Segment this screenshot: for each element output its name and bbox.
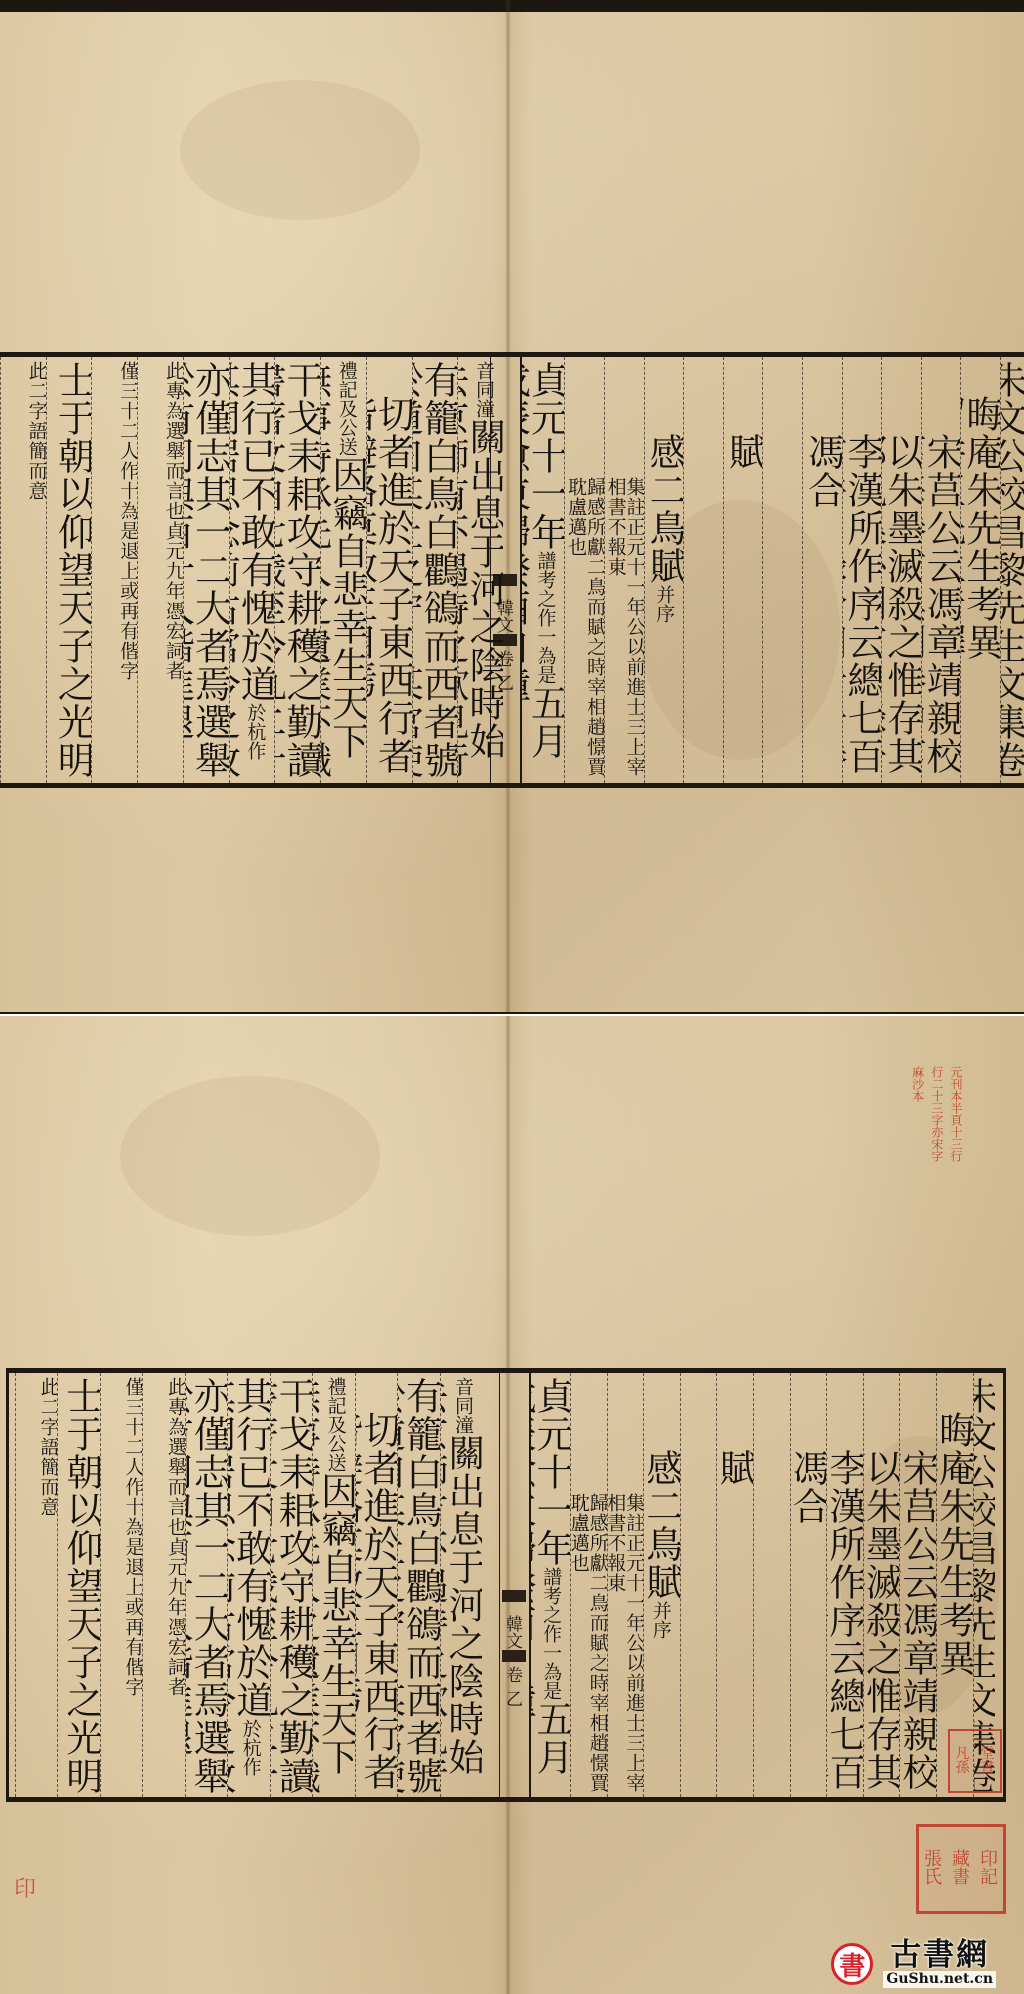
left-page: 音同潼關出息于河之陰時始去京師有不遇時之歎見行 有籠白鳥白鸜鵒而西者號於道曰某土… — [0, 357, 503, 783]
text-column: 有籠白鳥白鸜鵒而西者號於道曰某土之守音狩某官使使疏吏 — [397, 1373, 439, 1797]
note-text: 宋莒公云馮章靖親校舊每卷首具列卷中篇目馮悉 — [899, 1449, 936, 1791]
annotation: 音同潼 — [452, 1377, 474, 1434]
annotation: 譜考之作一為是 — [540, 1567, 562, 1700]
main-text: 干戈耒耜攻守耕穫之勤讀書著文自七歲至今九二十二年 — [274, 361, 320, 779]
annotation: 音狩 — [412, 627, 413, 665]
printed-frame: 朱文公校昌黎先生文集卷之一 晦庵朱先生考異留畊王先生音釋 宋莒公云馮章靖親校舊每… — [6, 1368, 1006, 1802]
text-column: 切者進於天子東西行者皆避路莫敢正目焉西下閣杭本無 — [366, 357, 412, 783]
red-stamp-mark: 印 — [14, 1872, 36, 1903]
marginalia-line: 元刊本半頁十三行 — [949, 1066, 962, 1162]
text-column: 音同潼關出息于河之陰時始去京師有不遇時之歎見行 — [440, 1373, 482, 1797]
text-column: 有籠白鳥白鸜鵒而西者號於道曰某土之守音狩某官使使疏吏 — [412, 357, 458, 783]
main-text: 其行已不敢有愧於道 — [234, 361, 274, 703]
note-column-3: 李漢所作序云總七百首并目錄合四十一卷則正與 — [842, 357, 882, 783]
main-text: 其閑 — [229, 361, 241, 437]
main-text: 亦僅志其一二大者焉選舉於有司與百十人偕進退 — [183, 361, 229, 779]
note-column-4: 馮合 — [802, 357, 842, 783]
note-column-1: 宋莒公云馮章靖親校舊每卷首具列卷中篇目馮悉 — [921, 357, 961, 783]
collector-seal-large: 張氏 藏書 印記 — [916, 1824, 1006, 1914]
commentary-column: 僅三十二人作十為是退上或再有偕字 — [100, 1373, 142, 1797]
annotation: 禮記及公送 — [336, 361, 358, 456]
site-watermark: 書 古書網 GuShu.net.cn — [831, 1940, 996, 1988]
commentary-line: 僅三十二人作十為是退上或再有偕字 — [117, 361, 137, 681]
section-column: 賦 — [716, 1373, 753, 1797]
commentary-line: 此專為選舉而言也貞元九年憑宏詞者 — [163, 361, 183, 681]
main-text: 士于朝以仰望天子之光明 — [60, 1377, 100, 1795]
main-text: 居思念前古當今之故 — [229, 437, 241, 779]
left-page: 音同潼關出息于河之陰時始去京師有不遇時之歎見行 有籠白鳥白鸜鵒而西者號於道曰某土… — [15, 1373, 482, 1797]
annotation: 禮記及公送 — [325, 1377, 347, 1472]
commentary-line: 集註正元十一年公以前進士三上宰相書不報東 — [605, 477, 644, 777]
main-text: 貞元十一年 — [530, 1377, 570, 1567]
right-page: 朱文公校昌黎先生文集卷之一 晦庵朱先生考異留畊王先生音釋 宋莒公云馮章靖親校舊每… — [530, 1373, 995, 1797]
text-column: 禮記及公送因竊自悲幸生天下無事時承先人之遺業不識 — [312, 1373, 354, 1797]
marginalia-line: 麻沙本 — [910, 1066, 923, 1162]
section-label: 賦 — [723, 433, 763, 471]
commentary-line: 此二字語簡而意 — [37, 1377, 57, 1517]
seal-glyphs: 藏書 — [947, 1851, 975, 1887]
piece-title: 感二鳥賦 — [644, 433, 684, 585]
commentary-line: 歸感所獻二鳥而賦之時宰相趙憬賈耽盧邁也 — [570, 1493, 607, 1793]
main-text: 關出息于河之陰時始去京師有不遇時之歎見行 — [457, 361, 503, 779]
paper-stain — [120, 1076, 380, 1236]
blank-column — [680, 1373, 717, 1797]
text-column: 士于朝以仰望天子之光明 — [57, 1373, 99, 1797]
text-column: 貞元十一年譜考之作一為是五月戊辰愈東歸癸酉自潼 — [521, 357, 564, 783]
blank-column — [762, 357, 802, 783]
heading-column: 感二鳥賦并序 — [644, 357, 684, 783]
seal-glyphs: 堂書 — [975, 1747, 1000, 1775]
paper-stain — [180, 80, 420, 220]
commentary-column: 集註正元十一年公以前進士三上宰相書不報東 — [604, 357, 644, 783]
annotation: 音同潼 — [473, 361, 495, 418]
volume-title: 朱文公校昌黎先生文集卷之一 — [1000, 361, 1024, 779]
main-text: 士于朝以仰望天子之光明 — [51, 361, 91, 779]
commentary-column: 此二字語簡而意 — [15, 1373, 57, 1797]
commentary-line: 集註正元十一年公以前進士三上宰相書不報東 — [607, 1493, 644, 1793]
piece-title: 感二鳥賦 — [643, 1449, 680, 1601]
text-column: 其行已不敢有愧於道於杭作其閑居思念前古當今之故 — [229, 357, 275, 783]
text-column: 禮記及公送因竊自悲幸生天下無事時承先人之遺業不識 — [320, 357, 366, 783]
commentary-line: 歸感所獻二鳥而賦之時宰相趙憬賈耽盧邁也 — [565, 477, 604, 777]
seal-glyphs: 張氏 — [919, 1851, 947, 1887]
text-column: 切者進於天子東西行者皆避路莫敢正目焉西下閣杭本無 — [355, 1373, 397, 1797]
text-column: 亦僅志其一二大者焉選舉於有司與百十人偕進退十或作 — [185, 1373, 227, 1797]
commentary-column: 歸感所獻二鳥而賦之時宰相趙憬賈耽盧邁也 — [570, 1373, 607, 1797]
commentary-column: 此專為選舉而言也貞元九年憑宏詞者 — [142, 1373, 184, 1797]
commentary-column: 僅三十二人作十為是退上或再有偕字 — [91, 357, 137, 783]
annotation: 譜考之作一為是 — [534, 551, 556, 684]
commentary-line: 此二字語簡而意 — [26, 361, 46, 501]
main-text: 居思念前古當今之故 — [227, 1453, 235, 1795]
text-column: 干戈耒耜攻守耕穫之勤讀書著文自七歲至今九二十二年 — [270, 1373, 312, 1797]
marginalia-line: 行二十三字亦宋字 — [930, 1066, 943, 1162]
piece-subtitle: 并序 — [650, 1601, 672, 1639]
main-text: 切者進於天子東西行者皆避路莫敢正目焉 — [355, 1411, 397, 1791]
commentary-column: 歸感所獻二鳥而賦之時宰相趙憬賈耽盧邁也 — [564, 357, 604, 783]
note-text: 宋莒公云馮章靖親校舊每卷首具列卷中篇目馮悉 — [921, 433, 961, 775]
main-text: 關出息于河之陰時始去京師有不遇時之歎見行 — [440, 1377, 482, 1795]
main-text: 切者進於天子東西行者皆避路莫敢正目焉 — [366, 395, 412, 775]
seal-glyphs: 印記 — [975, 1851, 1003, 1887]
text-column: 亦僅志其一二大者焉選舉於有司與百十人偕進退十或作 — [183, 357, 229, 783]
commentary-line: 僅三十二人作十為是退上或再有偕字 — [122, 1377, 142, 1697]
note-text: 以朱墨滅殺之惟存其都凡集外別有目錄一卷今按 — [863, 1449, 900, 1791]
note-column-4: 馮合 — [790, 1373, 827, 1797]
commentary-column: 此二字語簡而意 — [0, 357, 46, 783]
fish-tail-mark-icon — [502, 1590, 526, 1612]
commentary-line: 此專為選舉而言也貞元九年憑宏詞者 — [165, 1377, 185, 1697]
annotation: 於杭作 — [240, 1719, 262, 1776]
text-column: 士于朝以仰望天子之光明 — [46, 357, 92, 783]
blank-column — [753, 1373, 790, 1797]
leaf-number: 乙 — [506, 1685, 523, 1710]
note-text: 以朱墨滅殺之惟存其都凡集外別有目錄一卷今按 — [881, 433, 921, 775]
note-text: 李漢所作序云總七百首并目錄合四十一卷則正與 — [842, 433, 882, 775]
commentary-column: 此專為選舉而言也貞元九年憑宏詞者 — [137, 357, 183, 783]
main-text: 亦僅志其一二大者焉選舉於有司與百十人偕進退 — [185, 1377, 227, 1795]
credit-yinshi: 留畊王先生音釋 — [960, 395, 966, 661]
note-column-3: 李漢所作序云總七百首并目錄合四十一卷則正與 — [826, 1373, 863, 1797]
scan-spread-2: 元刊本半頁十三行 行二十三字亦宋字 麻沙本 朱文公校昌黎先生文集卷之一 晦庵朱先… — [0, 1016, 1024, 1994]
note-column-1: 宋莒公云馮章靖親校舊每卷首具列卷中篇目馮悉 — [899, 1373, 936, 1797]
annotation: 於杭作 — [244, 703, 266, 760]
collector-seal-small: 凡孫 堂書 — [948, 1729, 1002, 1793]
section-label: 賦 — [716, 1449, 753, 1487]
note-text: 李漢所作序云總七百首并目錄合四十一卷則正與 — [826, 1449, 863, 1791]
gushu-logo-icon: 書 — [831, 1943, 873, 1985]
right-page: 朱文公校昌黎先生文集卷之一 晦庵朱先生考異留畊王先生音釋 宋莒公云馮章靖親校舊每… — [521, 357, 1024, 783]
credits-column: 晦庵朱先生考異留畊王先生音釋 — [960, 357, 1000, 783]
main-text: 其閑 — [227, 1377, 235, 1453]
banxin: 韓文一卷 乙 — [499, 1373, 530, 1797]
credit-kaoyi: 晦庵朱先生考異 — [960, 395, 1000, 661]
watermark-name: 古書網 — [890, 1940, 989, 1971]
credit-yinshi: 留畊王先生音釋 — [936, 1411, 939, 1677]
section-column: 賦 — [723, 357, 763, 783]
heading-column: 感二鳥賦并序 — [643, 1373, 680, 1797]
note-text: 馮合 — [802, 433, 842, 509]
main-text: 干戈耒耜攻守耕穫之勤讀書著文自七歲至今九二十二年 — [270, 1377, 312, 1795]
red-marginalia: 元刊本半頁十三行 行二十三字亦宋字 麻沙本 — [910, 1066, 962, 1162]
seal-glyphs: 凡孫 — [950, 1747, 975, 1775]
text-column: 其行已不敢有愧於道於杭作其閑居思念前古當今之故 — [227, 1373, 269, 1797]
main-text: 貞元十一年 — [524, 361, 564, 551]
watermark-url: GuShu.net.cn — [883, 1971, 996, 1988]
text-column: 音同潼關出息于河之陰時始去京師有不遇時之歎見行 — [457, 357, 503, 783]
title-column: 朱文公校昌黎先生文集卷之一 — [1000, 357, 1024, 783]
piece-subtitle: 并序 — [653, 585, 675, 623]
printed-frame: 朱文公校昌黎先生文集卷之一 晦庵朱先生考異留畊王先生音釋 宋莒公云馮章靖親校舊每… — [0, 352, 1024, 788]
commentary-column: 集註正元十一年公以前進士三上宰相書不報東 — [607, 1373, 644, 1797]
note-text: 馮合 — [790, 1449, 827, 1525]
scan-spread-1: 朱文公校昌黎先生文集卷之一 晦庵朱先生考異留畊王先生音釋 宋莒公云馮章靖親校舊每… — [0, 0, 1024, 1012]
text-column: 干戈耒耜攻守耕穫之勤讀書著文自七歲至今九二十二年 — [274, 357, 320, 783]
watermark-text: 古書網 GuShu.net.cn — [883, 1940, 996, 1988]
credit-kaoyi: 晦庵朱先生考異 — [936, 1411, 973, 1677]
blank-column — [683, 357, 723, 783]
note-column-2: 以朱墨滅殺之惟存其都凡集外別有目錄一卷今按 — [863, 1373, 900, 1797]
text-column: 貞元十一年譜考之作一為是五月戊辰愈東歸癸酉自潼 — [530, 1373, 570, 1797]
note-column-2: 以朱墨滅殺之惟存其都凡集外別有目錄一卷今按 — [881, 357, 921, 783]
banxin-title: 韓文一卷 — [503, 1615, 520, 1683]
